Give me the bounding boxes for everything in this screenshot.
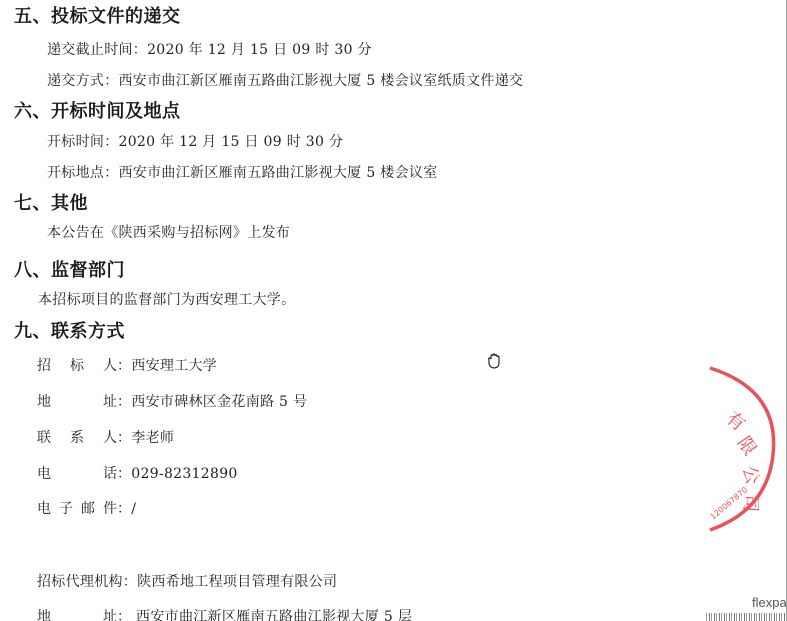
contact-label: 电子邮件 xyxy=(37,498,117,518)
contact-person: 联 系 人 ：李老师 xyxy=(37,427,174,447)
publication-note: 本公告在《陕西采购与招标网》上发布 xyxy=(47,222,290,242)
contact-email: 电子邮件 ：/ xyxy=(37,498,136,518)
agent-address-value: ： 西安市曲江新区雁南五路曲江影视大厦 5 层 xyxy=(117,606,412,621)
svg-text:公: 公 xyxy=(738,464,763,487)
supervision-note: 本招标项目的监督部门为西安理工大学。 xyxy=(38,289,295,309)
contact-phone: 电 话 ：029-82312890 xyxy=(37,463,238,483)
contact-label: 招 标 人 xyxy=(37,355,117,375)
hand-grab-cursor-icon xyxy=(485,352,503,370)
contact-address: 地 址 ：西安市碑林区金花南路 5 号 xyxy=(37,391,307,411)
section-heading-7: 七、其他 xyxy=(14,189,88,215)
contact-label: 地 址 xyxy=(37,391,117,411)
contact-value: ：西安理工大学 xyxy=(117,355,217,375)
opening-time: 开标时间：2020 年 12 月 15 日 09 时 30 分 xyxy=(47,131,343,151)
section-heading-6: 六、开标时间及地点 xyxy=(14,97,181,123)
contact-tenderer: 招 标 人 ：西安理工大学 xyxy=(37,355,217,375)
section-heading-5: 五、投标文件的递交 xyxy=(14,2,181,28)
section-heading-8: 八、监督部门 xyxy=(14,256,125,282)
contact-value: ：/ xyxy=(117,498,136,518)
contact-value: ：029-82312890 xyxy=(117,463,238,483)
svg-text:限: 限 xyxy=(733,433,761,460)
viewer-brand-logo: flexpa xyxy=(752,595,787,610)
agent-name: 招标代理机构：陕西希地工程项目管理有限公司 xyxy=(37,571,337,591)
agent-address: 地 址 ： 西安市曲江新区雁南五路曲江影视大厦 5 层 xyxy=(37,606,412,621)
agent-address-label: 地 址 xyxy=(37,606,117,621)
contact-label: 联 系 人 xyxy=(37,427,117,447)
contact-label: 电 话 xyxy=(37,463,117,483)
contact-value: ：西安市碑林区金花南路 5 号 xyxy=(117,391,307,411)
contact-value: ：李老师 xyxy=(117,427,174,447)
opening-location: 开标地点：西安市曲江新区雁南五路曲江影视大厦 5 楼会议室 xyxy=(47,162,438,182)
document-page[interactable]: 五、投标文件的递交 递交截止时间：2020 年 12 月 15 日 09 时 3… xyxy=(0,0,786,621)
company-seal-stamp: 有 限 公 司 120067870 xyxy=(705,360,785,540)
section-heading-9: 九、联系方式 xyxy=(14,317,125,343)
barcode-strip xyxy=(706,613,786,621)
submission-method: 递交方式：西安市曲江新区雁南五路曲江影视大厦 5 楼会议室纸质文件递交 xyxy=(47,70,523,90)
submission-deadline: 递交截止时间：2020 年 12 月 15 日 09 时 30 分 xyxy=(47,39,372,59)
